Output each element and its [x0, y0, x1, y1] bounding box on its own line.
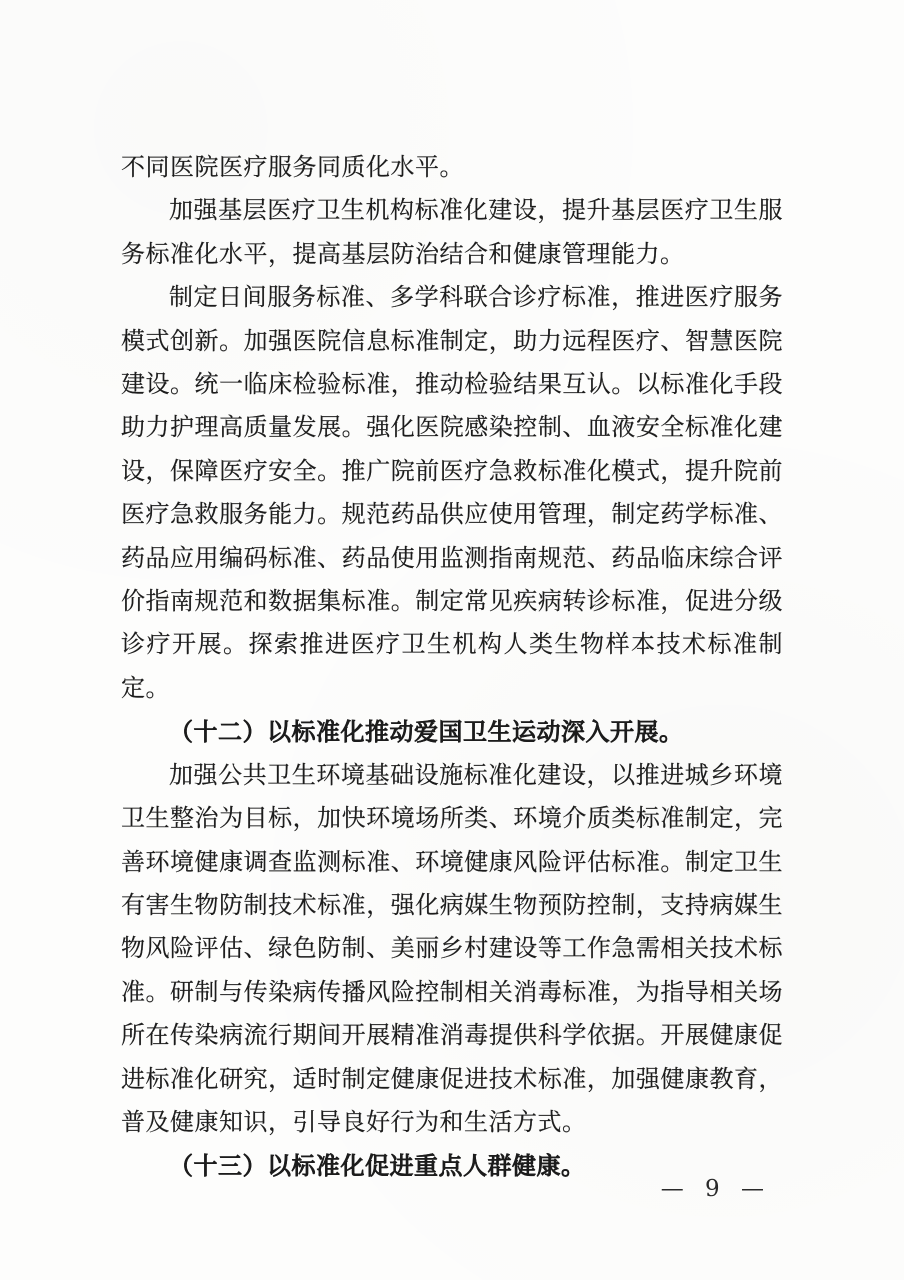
section-heading-12: （十二）以标准化推动爱国卫生运动深入开展。 [121, 710, 783, 753]
page-number-text: — 9 — [661, 1176, 766, 1202]
scanned-document-page: 不同医院医疗服务同质化水平。 加强基层医疗卫生机构标准化建设，提升基层医疗卫生服… [0, 0, 904, 1280]
paragraph-continuation: 不同医院医疗服务同质化水平。 [121, 146, 783, 189]
page-number: — 9 — [583, 1150, 766, 1228]
paragraph: 加强公共卫生环境基础设施标准化建设，以推进城乡环境卫生整治为目标，加快环境场所类… [121, 754, 783, 1145]
document-body: 不同医院医疗服务同质化水平。 加强基层医疗卫生机构标准化建设，提升基层医疗卫生服… [121, 146, 783, 1188]
paragraph: 制定日间服务标准、多学科联合诊疗标准，推进医疗服务模式创新。加强医院信息标准制定… [121, 276, 783, 710]
paragraph: 加强基层医疗卫生机构标准化建设，提升基层医疗卫生服务标准化水平，提高基层防治结合… [121, 189, 783, 276]
